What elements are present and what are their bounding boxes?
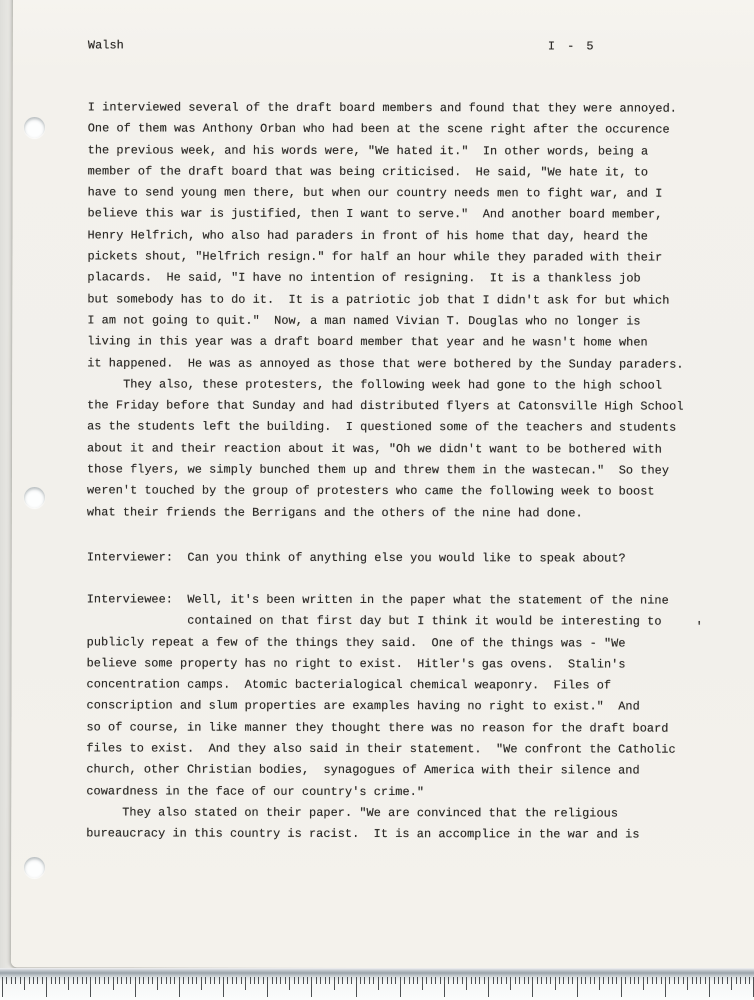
ruler-tick: [55, 977, 56, 984]
ruler-tick: [42, 977, 43, 984]
ruler-tick: [537, 977, 538, 984]
ruler-tick: [161, 977, 162, 984]
ruler-tick: [356, 977, 357, 997]
document-page: Walsh I - 5 I interviewed several of the…: [11, 0, 754, 969]
ruler-tick: [745, 977, 746, 984]
ruler-tick: [289, 977, 290, 990]
ruler-tick: [740, 977, 741, 984]
ruler-tick: [316, 977, 317, 984]
ruler-tick: [258, 977, 259, 984]
ruler-tick: [413, 977, 414, 984]
ruler-tick: [431, 977, 432, 984]
ruler-tick: [285, 977, 286, 984]
ruler-tick: [572, 977, 573, 984]
ruler-tick: [24, 977, 25, 990]
ruler-tick: [603, 977, 604, 984]
ruler-tick: [568, 977, 569, 984]
ruler-tick: [700, 977, 701, 984]
ruler-tick: [634, 977, 635, 984]
ruler-tick: [373, 977, 374, 984]
ruler-tick: [214, 977, 215, 984]
ruler-tick: [665, 977, 666, 997]
interviewee-answer-block: Interviewee: Well, it's been written in …: [86, 589, 676, 846]
scanned-document: { "document": { "kind": "typewritten int…: [0, 0, 754, 1000]
ruler-tick: [426, 977, 427, 984]
ruler-tick: [594, 977, 595, 984]
ruler-tick: [68, 977, 69, 990]
ruler-tick: [669, 977, 670, 984]
ruler-tick: [479, 977, 480, 984]
transcript-paragraph-1: I interviewed several of the draft board…: [87, 97, 684, 524]
ruler-tick: [351, 977, 352, 984]
ruler-tick: [148, 977, 149, 984]
ruler-tick: [705, 977, 706, 984]
ruler-tick: [113, 977, 114, 990]
ruler-tick: [33, 977, 34, 984]
ruler-tick: [307, 977, 308, 984]
ruler-tick: [227, 977, 228, 984]
ruler-tick: [210, 977, 211, 984]
ruler-tick: [731, 977, 732, 990]
ruler-tick: [722, 977, 723, 984]
ruler-tick: [329, 977, 330, 984]
ruler-tick: [616, 977, 617, 984]
stray-typed-apostrophe: ': [696, 617, 703, 638]
ruler-tick: [338, 977, 339, 984]
ruler-tick: [457, 977, 458, 984]
ruler-tick: [736, 977, 737, 984]
ruler-tick: [126, 977, 127, 984]
ruler-tick: [347, 977, 348, 984]
ruler-tick: [205, 977, 206, 984]
ruler-tick: [563, 977, 564, 984]
ruler-tick: [77, 977, 78, 984]
ruler-tick: [501, 977, 502, 984]
ruler-tick: [334, 977, 335, 990]
ruler-tick: [559, 977, 560, 984]
ruler-tick: [555, 977, 556, 990]
ruler-tick: [599, 977, 600, 990]
ruler-tick: [444, 977, 445, 997]
ruler-tick: [143, 977, 144, 984]
ruler-tick: [497, 977, 498, 984]
ruler-tick: [696, 977, 697, 984]
ruler-tick: [90, 977, 91, 997]
ruler-tick: [170, 977, 171, 984]
ruler-tick: [656, 977, 657, 984]
ruler-tick: [687, 977, 688, 990]
ruler-tick: [320, 977, 321, 984]
ruler-tick: [241, 977, 242, 984]
ruler-tick: [608, 977, 609, 984]
ruler-tick: [272, 977, 273, 984]
ruler-tick: [108, 977, 109, 984]
ruler-tick: [73, 977, 74, 984]
hole-punch-bottom: [24, 857, 45, 878]
ruler-tick: [395, 977, 396, 984]
ruler-tick: [135, 977, 136, 997]
ruler-tick: [585, 977, 586, 984]
ruler-tick: [625, 977, 626, 984]
ruler-tick: [188, 977, 189, 984]
ruler-tick: [294, 977, 295, 984]
ruler-tick: [86, 977, 87, 984]
ruler-tick: [117, 977, 118, 984]
ruler-tick: [157, 977, 158, 990]
ruler-tick: [99, 977, 100, 984]
ruler-tick: [139, 977, 140, 984]
ruler-tick: [475, 977, 476, 984]
ruler-tick: [95, 977, 96, 984]
ruler-tick: [550, 977, 551, 984]
ruler-tick: [387, 977, 388, 984]
ruler-tick: [29, 977, 30, 984]
ruler-tick: [448, 977, 449, 984]
ruler-tick: [20, 977, 21, 984]
ruler-tick: [714, 977, 715, 984]
ruler-tick: [400, 977, 401, 997]
ruler-tick: [276, 977, 277, 984]
ruler-tick: [493, 977, 494, 984]
ruler-tick: [541, 977, 542, 984]
ruler-tick: [378, 977, 379, 990]
ruler-tick: [104, 977, 105, 984]
ruler-tick: [417, 977, 418, 984]
ruler-tick: [510, 977, 511, 990]
ruler-tick: [652, 977, 653, 984]
ruler-tick: [192, 977, 193, 984]
ruler-tick: [404, 977, 405, 984]
ruler-tick: [280, 977, 281, 984]
ruler-tick: [201, 977, 202, 990]
ruler-tick: [661, 977, 662, 984]
ruler-tick: [11, 977, 12, 984]
ruler-tick: [612, 977, 613, 984]
ruler-tick: [577, 977, 578, 997]
page-header-author: Walsh: [88, 35, 124, 56]
ruler-tick: [506, 977, 507, 984]
ruler-tick: [250, 977, 251, 984]
ruler-tick: [515, 977, 516, 984]
ruler-tick: [382, 977, 383, 984]
ruler-tick: [471, 977, 472, 984]
ruler-tick: [59, 977, 60, 984]
ruler-tick: [267, 977, 268, 997]
ruler-tick: [519, 977, 520, 984]
ruler-tick: [727, 977, 728, 984]
ruler-tick: [174, 977, 175, 984]
ruler-tick: [311, 977, 312, 997]
ruler-tick: [709, 977, 710, 997]
ruler-tick: [488, 977, 489, 997]
interviewer-question-line: Interviewer: Can you think of anything e…: [87, 547, 626, 569]
ruler-tick: [82, 977, 83, 984]
ruler-tick: [51, 977, 52, 984]
ruler-tick: [245, 977, 246, 990]
ruler-tick: [232, 977, 233, 984]
ruler-tick: [263, 977, 264, 984]
ruler-tick: [183, 977, 184, 984]
ruler-tick: [440, 977, 441, 984]
ruler-tick: [528, 977, 529, 984]
ruler-tick: [325, 977, 326, 984]
ruler-tick: [484, 977, 485, 984]
ruler-tick: [166, 977, 167, 984]
ruler-tick: [524, 977, 525, 984]
ruler-tick: [683, 977, 684, 984]
ruler-tick: [360, 977, 361, 984]
hole-punch-top: [24, 117, 45, 138]
ruler-tick: [2, 977, 3, 997]
ruler-tick: [638, 977, 639, 984]
ruler-tick: [621, 977, 622, 997]
ruler-tick: [196, 977, 197, 984]
ruler-tick: [364, 977, 365, 984]
hole-punch-middle: [24, 487, 45, 508]
ruler-tick: [674, 977, 675, 984]
ruler-tick: [581, 977, 582, 984]
ruler-tick: [121, 977, 122, 984]
ruler-tick: [749, 977, 750, 984]
ruler-tick: [298, 977, 299, 984]
ruler-tick: [466, 977, 467, 990]
ruler-tick: [130, 977, 131, 984]
ruler-tick: [678, 977, 679, 984]
ruler-tick: [453, 977, 454, 984]
ruler-tick: [369, 977, 370, 984]
ruler-tick: [409, 977, 410, 984]
ruler-tick: [532, 977, 533, 997]
ruler-tick: [462, 977, 463, 984]
ruler-tick: [303, 977, 304, 984]
ruler-tick: [630, 977, 631, 984]
ruler-tick: [37, 977, 38, 984]
ruler-tick: [223, 977, 224, 997]
scanner-ruler: [0, 968, 754, 1000]
ruler-tick: [391, 977, 392, 984]
ruler-tick: [15, 977, 16, 984]
ruler-tick: [643, 977, 644, 990]
ruler-tick: [342, 977, 343, 984]
ruler-tick: [219, 977, 220, 984]
page-number-label: I - 5: [548, 36, 596, 57]
ruler-tick: [718, 977, 719, 984]
ruler-tick: [46, 977, 47, 997]
ruler-tick: [179, 977, 180, 997]
ruler-tick: [590, 977, 591, 984]
ruler-tick: [254, 977, 255, 984]
ruler-tick: [64, 977, 65, 984]
ruler-tick: [546, 977, 547, 984]
ruler-tick: [422, 977, 423, 990]
ruler-tick: [6, 977, 7, 984]
ruler-tick: [152, 977, 153, 984]
ruler-tick: [435, 977, 436, 984]
ruler-tick: [692, 977, 693, 984]
ruler-tick: [236, 977, 237, 984]
ruler-tick: [647, 977, 648, 984]
